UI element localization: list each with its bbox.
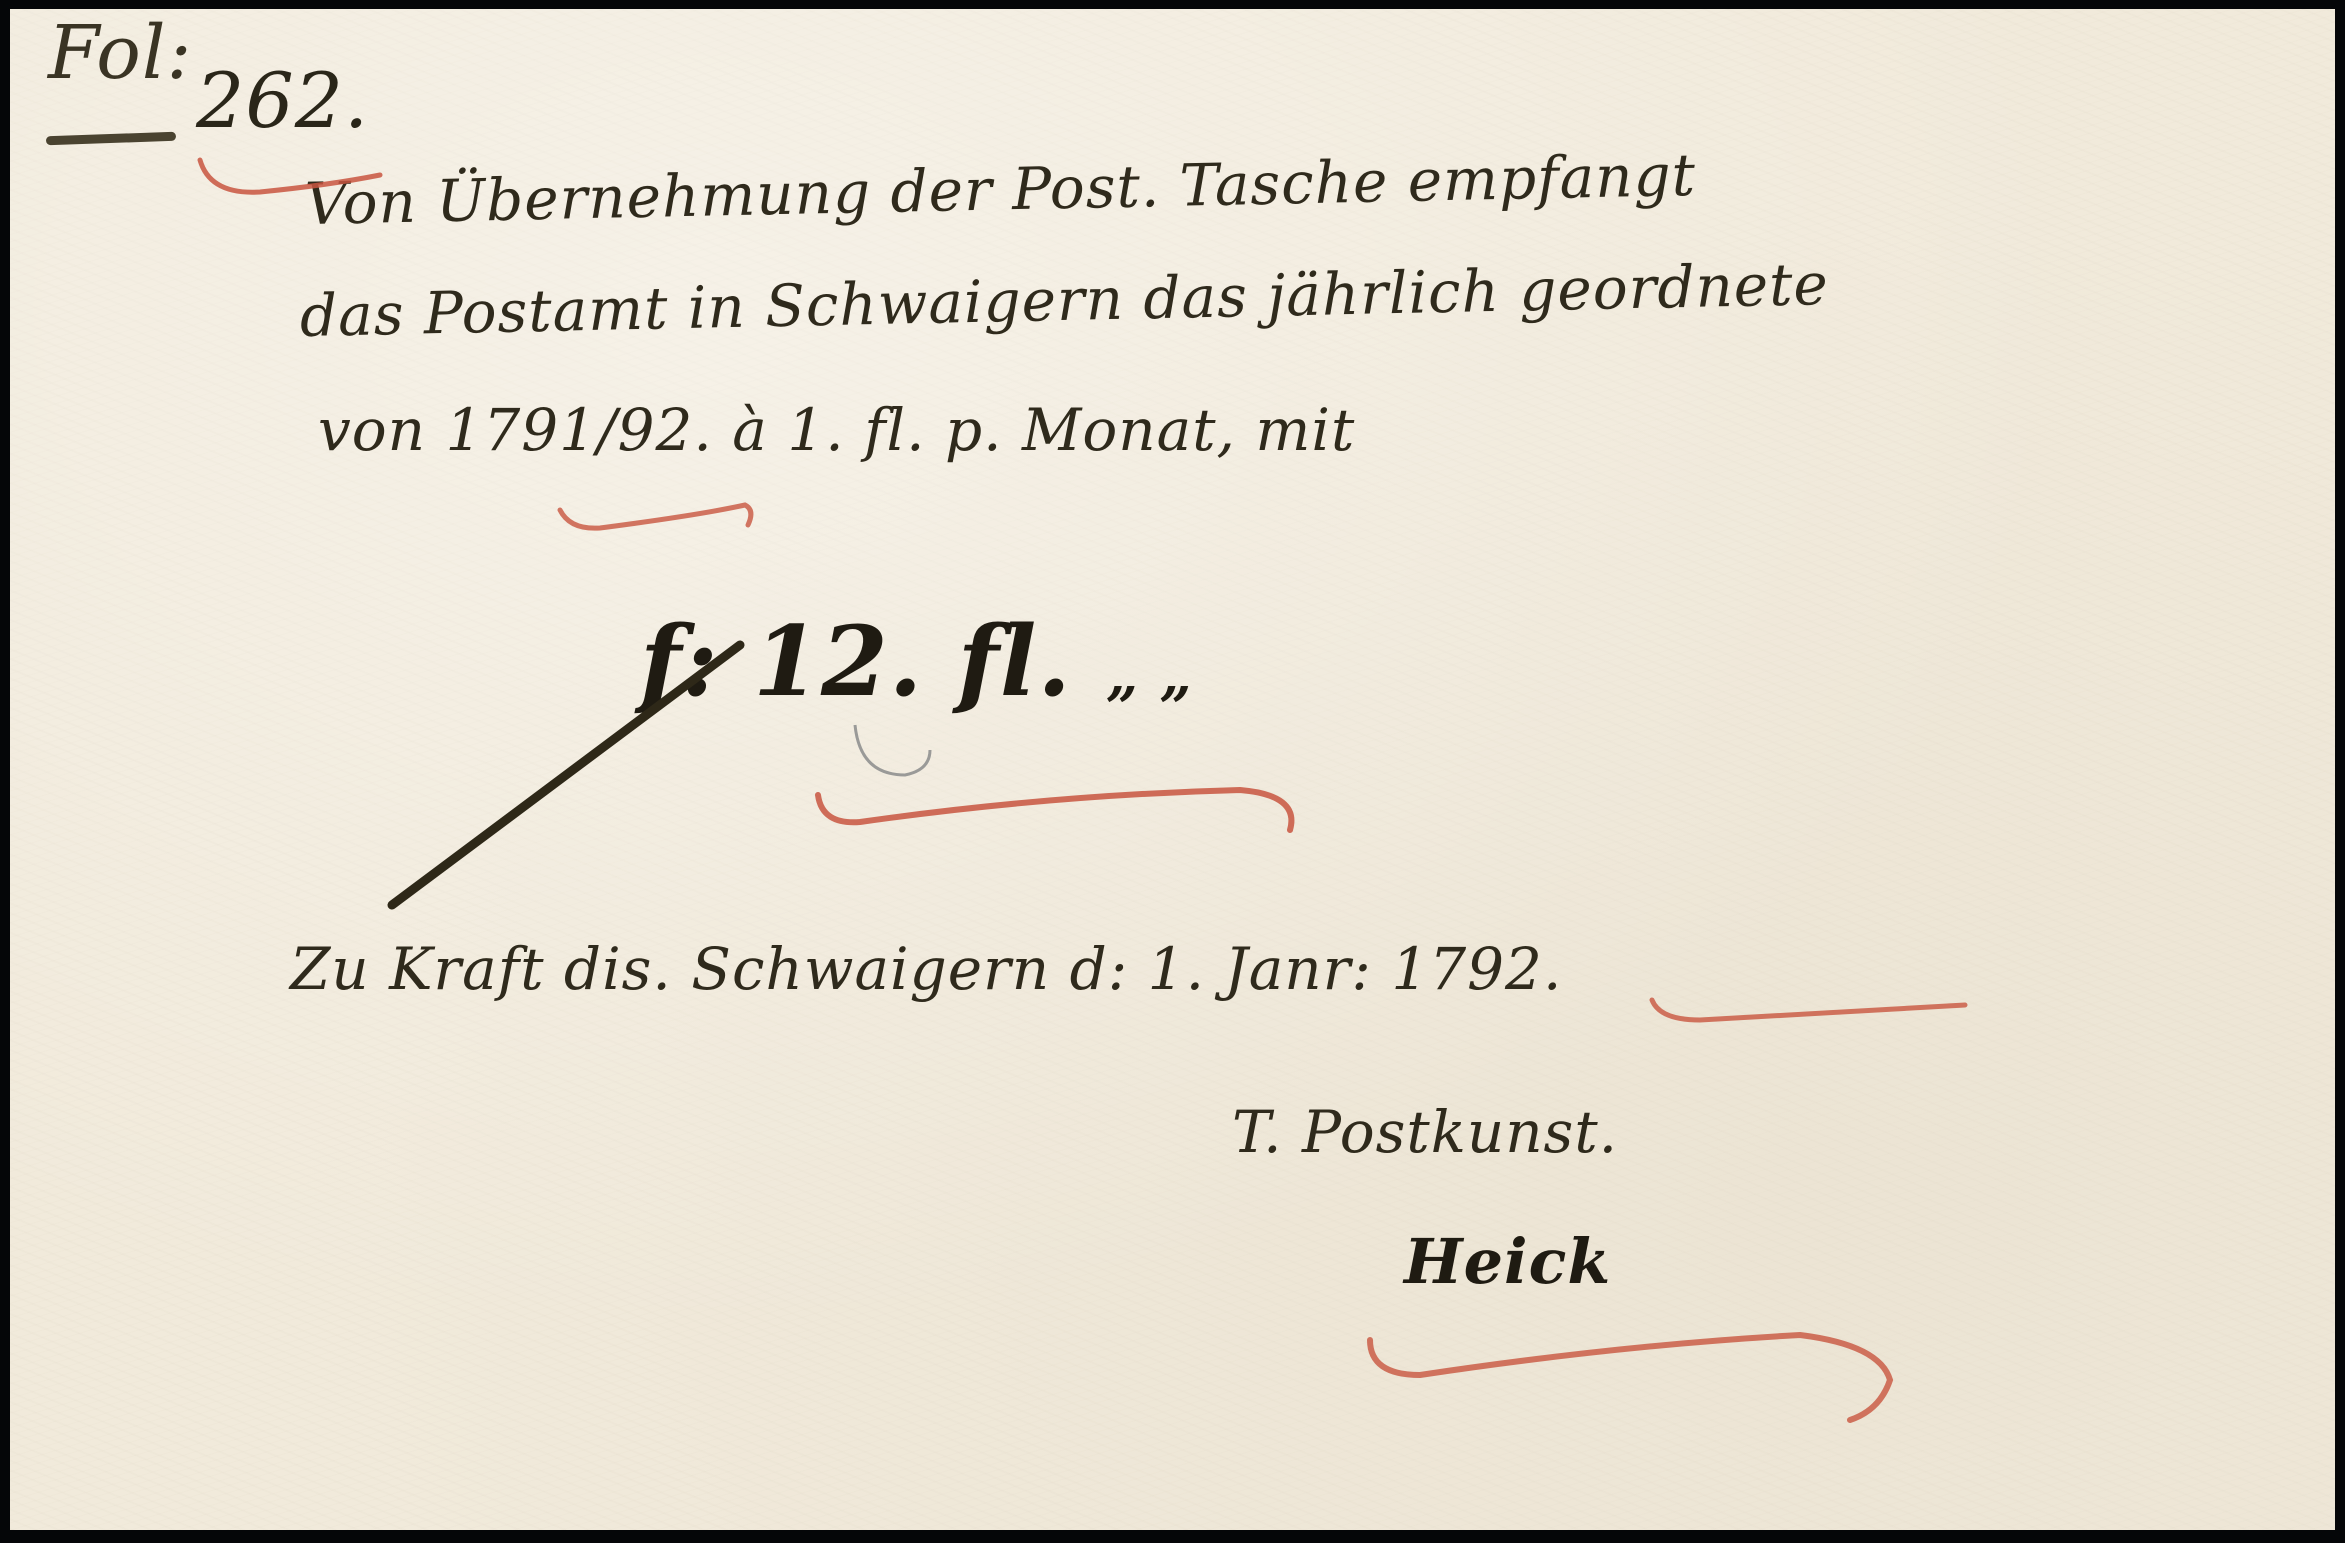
folio-number: 262. [196, 56, 369, 145]
ditto-marks: „ „ [1106, 643, 1193, 709]
document-paper [10, 9, 2335, 1530]
signature-name: Heick [1404, 1225, 1611, 1298]
text-line-3: von 1791/92. à 1. fl. p. Monat, mit [318, 396, 1355, 464]
place-date-line: Zu Kraft dis. Schwaigern d: 1. Janr: 179… [290, 935, 1562, 1003]
amount-unit: fl. [958, 605, 1072, 718]
signature-title: T. Postkunst. [1232, 1098, 1618, 1166]
folio-label: Fol: [48, 10, 192, 96]
amount-value: 12. [753, 605, 923, 718]
amount-prefix: f: [640, 605, 719, 718]
amount: f: 12. fl. „ „ [640, 605, 1193, 718]
